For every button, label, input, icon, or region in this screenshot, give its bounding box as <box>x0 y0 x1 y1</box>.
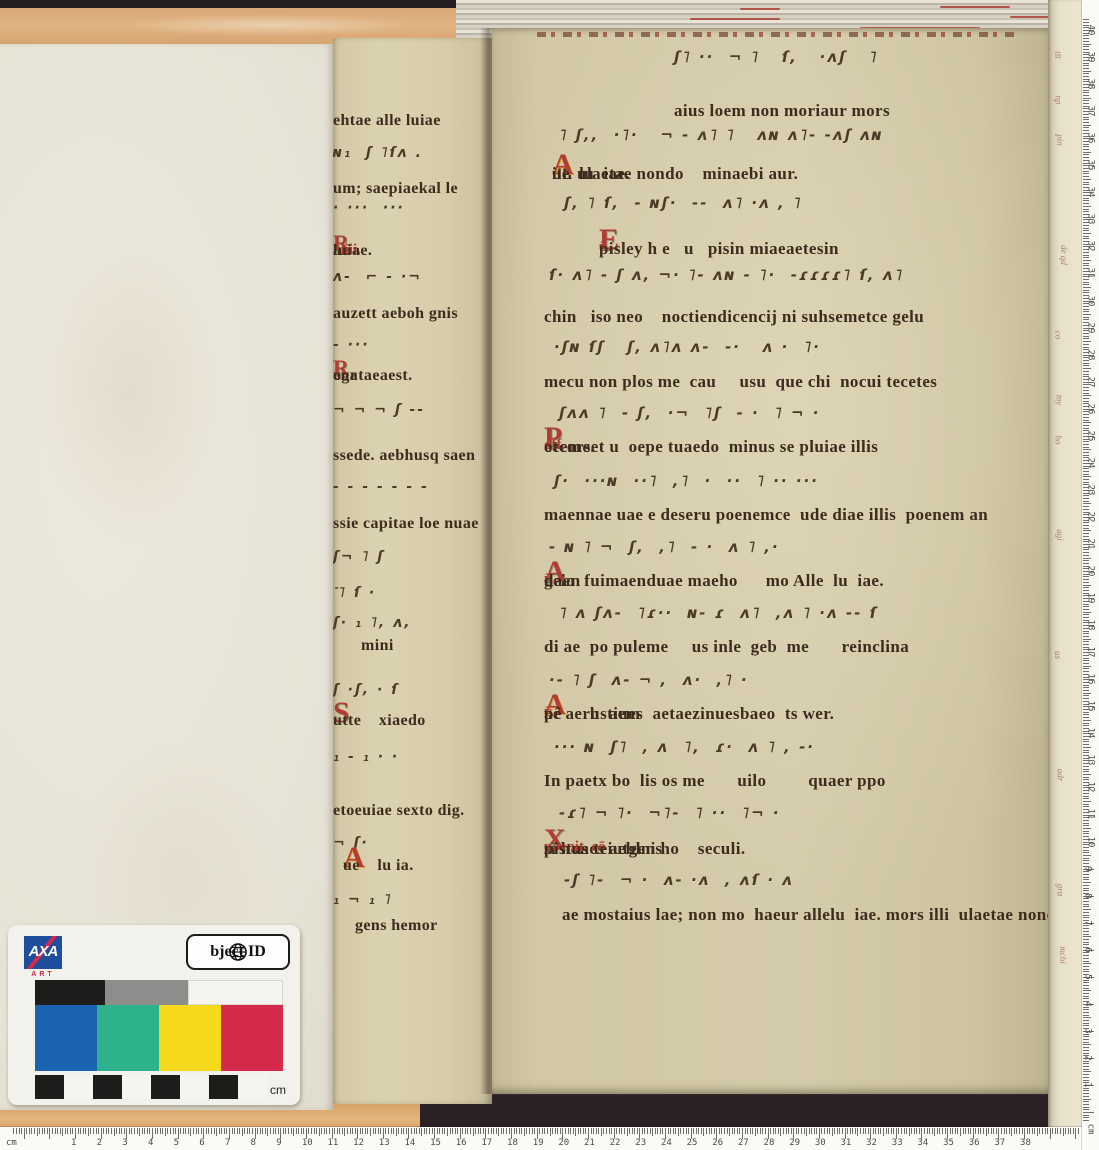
ruler-tick <box>226 1128 227 1134</box>
ruler-tick <box>1083 287 1091 288</box>
manuscript-photo: ehtae alle luiaeɴ₁ ʃ ˥ſʌ .um; saepiaekal… <box>0 0 1099 1150</box>
main-manuscript-page: ʃ˥ ·· ¬ ˥ ſ‚ ·ʌʃ ˥aius loem non moriaur … <box>492 28 1048 1094</box>
ruler-tick <box>1083 833 1089 834</box>
ruler-tick <box>457 1128 458 1134</box>
ruler-tick <box>498 1128 499 1136</box>
ruler-tick <box>1083 644 1089 645</box>
ruler-tick <box>19 1128 20 1134</box>
ruler-tick <box>1083 1017 1091 1018</box>
ruler-tick <box>770 1128 771 1134</box>
ruler-number: 14 <box>404 1138 415 1148</box>
ruler-tick <box>688 1128 689 1134</box>
ruler-tick <box>1001 1128 1002 1134</box>
ruler-tick <box>827 1128 828 1134</box>
ruler-tick <box>1083 850 1089 851</box>
ruler-tick <box>1083 425 1089 426</box>
ruler-tick <box>1083 390 1089 391</box>
ruler-tick <box>701 1128 702 1134</box>
ruler-tick <box>316 1128 317 1134</box>
ruler-tick <box>1083 479 1089 480</box>
ruler-tick <box>49 1128 50 1139</box>
ruler-tick <box>149 1128 150 1134</box>
ruler-tick <box>1083 393 1089 394</box>
ruler-tick <box>1083 182 1089 183</box>
ruler-tick <box>606 1128 607 1134</box>
ruler-tick <box>596 1128 597 1134</box>
ruler-tick <box>1083 658 1089 659</box>
ruler-tick <box>139 1128 140 1136</box>
ruler-number: 3 <box>122 1138 127 1148</box>
ruler-tick <box>539 1128 540 1134</box>
ruler-tick <box>952 1128 953 1134</box>
ruler-number: 25 <box>687 1138 698 1148</box>
ruler-tick <box>732 1128 733 1134</box>
ruler-tick <box>1083 1042 1089 1043</box>
ruler-tick <box>1083 209 1089 210</box>
ruler-tick <box>880 1128 881 1134</box>
ruler-number: 8 <box>1083 893 1093 898</box>
ruler-tick <box>344 1128 345 1136</box>
ruler-number: 24 <box>661 1138 672 1148</box>
checkerboard-scale <box>35 1075 267 1099</box>
ruler-tick <box>1083 555 1089 556</box>
chant-text: chin iso neo noctiendicencij ni suhsemet… <box>544 308 924 325</box>
chant-text: daen <box>544 572 581 589</box>
ruler-tick <box>1083 98 1091 99</box>
ruler-tick <box>1083 495 1089 496</box>
ruler-tick <box>265 1128 266 1134</box>
ruler-tick <box>573 1128 574 1134</box>
ruler-tick <box>1083 122 1089 123</box>
ruler-tick <box>1004 1128 1005 1134</box>
ruler-tick <box>1083 606 1089 607</box>
ruler-number: 2 <box>97 1138 102 1148</box>
system-1-neume-line: ʃ˥ ·· ¬ ˥ ſ‚ ·ʌʃ ˥ <box>674 50 879 65</box>
ruler-tick <box>1083 482 1089 483</box>
ruler-tick <box>1083 825 1089 826</box>
ruler-tick <box>670 1128 671 1134</box>
ruler-tick <box>1083 879 1089 880</box>
ruler-tick <box>1083 471 1089 472</box>
ruler-tick <box>1083 22 1089 23</box>
object-id-color-card: AXA ART bject ID cm <box>8 925 300 1105</box>
ruler-tick <box>1083 1071 1091 1072</box>
ruler-tick <box>1006 1128 1007 1134</box>
ruler-tick <box>970 1128 971 1134</box>
edge-text-fragment: gra <box>1055 884 1065 897</box>
ruler-tick <box>624 1128 625 1134</box>
ruler-tick <box>1047 1128 1048 1134</box>
ruler-tick <box>565 1128 566 1134</box>
edge-text-fragment: my <box>1054 395 1064 406</box>
ruler-tick <box>1083 290 1089 291</box>
ruler-tick <box>1083 904 1089 905</box>
ruler-tick <box>816 1128 817 1134</box>
ruler-tick <box>70 1128 71 1134</box>
ruler-tick <box>526 1128 527 1134</box>
ruler-tick <box>965 1128 966 1134</box>
ruler-tick <box>1083 503 1091 504</box>
ruler-tick <box>683 1128 684 1134</box>
ruler-tick <box>1083 587 1089 588</box>
ruler-tick <box>424 1128 425 1134</box>
ruler-tick <box>67 1128 68 1134</box>
ruler-tick <box>296 1128 297 1134</box>
ruler-tick <box>62 1128 63 1136</box>
ruler-tick <box>385 1128 386 1134</box>
ruler-tick <box>621 1128 622 1134</box>
ruler-tick <box>319 1128 320 1136</box>
ruler-tick <box>675 1128 676 1134</box>
ruler-tick <box>1083 1069 1089 1070</box>
system-2-neume-line: ˥ ʃ‚‚ ·˥· ¬ ‐ ʌ˥ ˥ ʌɴ ʌ˥‐ ‐ʌʃ ʌɴ <box>559 128 883 143</box>
ruler-tick <box>909 1128 910 1136</box>
ruler-tick <box>868 1128 869 1134</box>
ruler-tick <box>232 1128 233 1134</box>
ruler-number: 10 <box>1085 836 1095 847</box>
ruler-number: 22 <box>610 1138 621 1148</box>
ruler-tick <box>1083 901 1089 902</box>
ruler-tick <box>1055 1128 1056 1134</box>
ruler-tick <box>647 1128 648 1134</box>
ruler-tick <box>1083 211 1089 212</box>
ruler-tick <box>1083 363 1089 364</box>
ruler-tick <box>1083 793 1089 794</box>
ruler-tick <box>1083 1023 1089 1024</box>
ruler-tick <box>980 1128 981 1134</box>
ruler-tick <box>493 1128 494 1134</box>
ruler-tick <box>473 1128 474 1136</box>
ruler-tick <box>1050 1128 1051 1139</box>
ruler-tick <box>452 1128 453 1134</box>
ruler-tick <box>88 1128 89 1136</box>
ruler-tick <box>380 1128 381 1134</box>
strip-line-12-neume-line: ‐ ‐ ‐ ‐ ‐ ‐ ‐ <box>333 480 429 494</box>
ruler-tick <box>196 1128 197 1134</box>
ruler-tick <box>1083 279 1089 280</box>
ruler-tick <box>852 1128 853 1134</box>
ruler-tick <box>560 1128 561 1134</box>
ruler-tick <box>201 1128 202 1134</box>
ruler-tick <box>1083 1104 1089 1105</box>
ruler-tick <box>1083 963 1091 964</box>
ruler-tick <box>155 1128 156 1134</box>
ruler-right: 4039383736353433323130292827262524232221… <box>1082 0 1099 1150</box>
ruler-number: 32 <box>866 1138 877 1148</box>
ruler-number: 17 <box>481 1138 492 1148</box>
ruler-tick <box>378 1128 379 1134</box>
edge-text-fragment: ho <box>1054 436 1064 445</box>
ruler-tick <box>1083 874 1089 875</box>
ruler-tick <box>396 1128 397 1136</box>
ruler-tick <box>1083 693 1091 694</box>
system-4-neume-line: ſ· ʌ˥ ‐ ʃ ʌ‚ ¬· ˥‐ ʌɴ ‐ ˥· ‐ɾɾɾɾ˥ ſ‚ ʌ˥ <box>549 268 904 283</box>
ruler-tick <box>601 1128 602 1136</box>
ruler-number: 15 <box>430 1138 441 1148</box>
ruler-tick <box>450 1128 451 1134</box>
ruler-tick <box>1083 958 1089 959</box>
ruler-tick <box>1083 858 1089 859</box>
ruler-tick <box>1083 90 1089 91</box>
chant-text: utte xiaedo <box>333 713 426 729</box>
ruler-tick <box>842 1128 843 1134</box>
ruler-number: 2 <box>1083 1055 1093 1060</box>
ruler-tick <box>60 1128 61 1134</box>
ruler-tick <box>1083 449 1091 450</box>
ruler-tick <box>714 1128 715 1134</box>
ruler-number: 33 <box>892 1138 903 1148</box>
ruler-tick <box>1083 1036 1089 1037</box>
ruler-tick <box>1083 1047 1089 1048</box>
ruler-tick <box>1083 663 1089 664</box>
ruler-tick <box>514 1128 515 1134</box>
ruler-tick <box>678 1128 679 1136</box>
ruler-tick <box>1083 560 1089 561</box>
ruler-number: 20 <box>1085 566 1095 577</box>
ruler-tick <box>491 1128 492 1134</box>
system-8-neume-line: ‐ ɴ ˥ ¬ ʃ‚ ‚˥ ‐ · ʌ ˥ ‚· <box>549 540 780 555</box>
ruler-tick <box>1083 774 1091 775</box>
ruler-tick <box>114 1128 115 1136</box>
strip-line-2-neume-line: ɴ₁ ʃ ˥ſʌ . <box>333 146 423 160</box>
ruler-tick <box>847 1128 848 1134</box>
ruler-tick <box>1083 317 1089 318</box>
ruler-tick <box>906 1128 907 1134</box>
ruler-number: 15 <box>1085 701 1095 712</box>
ruler-tick <box>47 1128 48 1134</box>
strip-line-14-neume-line: ʃ¬ ˥ ʃ <box>333 550 385 564</box>
ruler-tick <box>411 1128 412 1134</box>
ruler-number: 29 <box>789 1138 800 1148</box>
ruler-tick <box>1083 35 1089 36</box>
ruler-tick <box>1083 420 1089 421</box>
ruler-number: 23 <box>1085 484 1095 495</box>
ruler-tick <box>1083 100 1089 101</box>
ruler-tick <box>1083 344 1089 345</box>
ruler-tick <box>129 1128 130 1134</box>
chant-text: auzett aeboh gnis <box>333 306 458 322</box>
strip-text-block: ehtae alle luiaeɴ₁ ʃ ˥ſʌ .um; saepiaekal… <box>333 38 492 1104</box>
card-cm-label: cm <box>270 1083 286 1097</box>
ruler-tick <box>190 1128 191 1136</box>
ruler-tick <box>783 1128 784 1134</box>
ruler-tick <box>1083 741 1089 742</box>
ruler-tick <box>650 1128 651 1134</box>
ruler-tick <box>673 1128 674 1134</box>
ruler-tick <box>1083 152 1091 153</box>
ruler-tick <box>1083 982 1089 983</box>
ruler-tick <box>660 1128 661 1134</box>
ruler-tick <box>80 1128 81 1134</box>
ruler-tick <box>1083 1044 1091 1045</box>
ruler-tick <box>90 1128 91 1134</box>
ruler-tick <box>21 1128 22 1134</box>
page-edge-red-mark <box>690 18 780 20</box>
ruler-tick <box>478 1128 479 1134</box>
ruler-tick <box>1083 1112 1094 1113</box>
ruler-tick <box>1083 723 1089 724</box>
ruler-tick <box>544 1128 545 1134</box>
ruler-tick <box>878 1128 879 1134</box>
strip-line-15-neume-line: ˥˥ ſ · <box>333 586 376 600</box>
ruler-tick <box>1032 1128 1033 1134</box>
ruler-tick <box>755 1128 756 1136</box>
system-10-neume-line: ·‐ ˥ ʃ ʌ‐ ¬ ‚ ʌ· ‚˥ · <box>549 673 749 688</box>
ruler-tick <box>1083 314 1091 315</box>
ruler-tick <box>709 1128 710 1134</box>
ruler-tick <box>1083 63 1089 64</box>
ruler-tick <box>342 1128 343 1134</box>
ruler-tick <box>1083 890 1089 891</box>
ruler-tick <box>1083 752 1089 753</box>
ruler-tick <box>1083 720 1091 721</box>
ruler-number: 24 <box>1085 457 1095 468</box>
tonal-patch <box>35 980 105 1005</box>
ruler-tick <box>583 1128 584 1134</box>
ruler-tick <box>103 1128 104 1134</box>
ruler-number: 9 <box>1083 866 1093 871</box>
ruler-tick <box>1083 46 1089 47</box>
chant-text: ssede. aebhusq saen <box>333 448 475 464</box>
ruler-tick <box>375 1128 376 1134</box>
ruler-tick <box>739 1128 740 1134</box>
ruler-tick <box>773 1128 774 1134</box>
ruler-tick <box>1083 528 1089 529</box>
ruler-tick <box>185 1128 186 1134</box>
ruler-tick <box>496 1128 497 1134</box>
ruler-tick <box>347 1128 348 1134</box>
ruler-number: 13 <box>1085 755 1095 766</box>
ruler-tick <box>1083 509 1089 510</box>
ruler-tick <box>1083 1117 1089 1118</box>
ruler-tick <box>52 1128 53 1134</box>
ruler-tick <box>198 1128 199 1134</box>
ruler-tick <box>693 1128 694 1134</box>
ruler-tick <box>429 1128 430 1134</box>
system-3-neume-line: ʃ‚ ˥ ſ‚ ‐ ɴʃ· ‐‐ ʌ˥ ·ʌ ‚ ˥ <box>564 196 803 211</box>
chant-text: ue lu iae. <box>552 165 630 182</box>
ruler-number: 1 <box>71 1138 76 1148</box>
ruler-number: 29 <box>1085 322 1095 333</box>
ruler-tick <box>893 1128 894 1134</box>
ruler-tick <box>609 1128 610 1134</box>
ruler-tick <box>1083 374 1089 375</box>
ruler-tick <box>929 1128 930 1134</box>
ruler-tick <box>1022 1128 1023 1134</box>
ruler-tick <box>939 1128 940 1134</box>
ruler-tick <box>1083 641 1089 642</box>
manuscript-strip-leaf: ehtae alle luiaeɴ₁ ʃ ˥ſʌ .um; saepiaekal… <box>333 38 492 1104</box>
ruler-tick <box>467 1128 468 1134</box>
ruler-tick <box>916 1128 917 1134</box>
ruler-tick <box>760 1128 761 1134</box>
ruler-tick <box>1083 725 1089 726</box>
ruler-number: 30 <box>1085 295 1095 306</box>
ruler-tick <box>1083 909 1091 910</box>
ruler-tick <box>1083 319 1089 320</box>
ruler-tick <box>224 1128 225 1134</box>
ruler-tick <box>824 1128 825 1134</box>
ruler-tick <box>1083 590 1089 591</box>
ruler-tick <box>173 1128 174 1134</box>
ruler-tick <box>1083 666 1091 667</box>
ruler-tick <box>1075 1128 1076 1139</box>
ruler-tick <box>1039 1128 1040 1134</box>
ruler-tick <box>686 1128 687 1134</box>
ruler-tick <box>1083 690 1089 691</box>
ruler-tick <box>1083 1101 1089 1102</box>
ruler-tick <box>1083 19 1089 20</box>
ruler-tick <box>470 1128 471 1134</box>
ruler-tick <box>1083 311 1089 312</box>
ruler-tick <box>275 1128 276 1134</box>
ruler-tick <box>1083 961 1089 962</box>
ruler-tick <box>419 1128 420 1134</box>
ruler-tick <box>72 1128 73 1134</box>
ruler-number: 27 <box>738 1138 749 1148</box>
ruler-tick <box>96 1128 97 1134</box>
ruler-tick <box>950 1128 951 1134</box>
ruler-tick <box>442 1128 443 1134</box>
ruler-tick <box>455 1128 456 1134</box>
ruler-tick <box>1083 969 1089 970</box>
ruler-tick <box>1083 173 1089 174</box>
ruler-tick <box>542 1128 543 1134</box>
ruler-tick <box>1083 257 1089 258</box>
ruler-tick <box>1083 1012 1089 1013</box>
ruler-number: 11 <box>1085 809 1095 820</box>
ruler-tick <box>1083 447 1089 448</box>
ruler-tick <box>555 1128 556 1134</box>
axa-logo: AXA <box>24 936 62 969</box>
ruler-tick <box>1083 347 1089 348</box>
ruler-number: 27 <box>1085 376 1095 387</box>
ruler-tick <box>888 1128 889 1134</box>
ruler-number: 3 <box>1083 1028 1093 1033</box>
ruler-tick <box>968 1128 969 1134</box>
ruler-tick <box>1083 912 1089 913</box>
ruler-tick <box>1073 1128 1074 1134</box>
ruler-tick <box>1083 939 1089 940</box>
axa-label: AXA <box>24 943 62 960</box>
ruler-tick <box>747 1128 748 1134</box>
ruler-tick <box>1083 1015 1089 1016</box>
edge-text-fragment: mchi <box>1058 946 1068 964</box>
ruler-tick <box>360 1128 361 1134</box>
ruler-tick <box>1083 1025 1089 1026</box>
ruler-tick <box>1083 476 1091 477</box>
ruler-tick <box>1083 823 1089 824</box>
ruler-tick <box>519 1128 520 1134</box>
ruler-tick <box>1083 993 1089 994</box>
chant-text: mecu non plos me cau usu que chi nocui t… <box>544 373 937 390</box>
ruler-tick <box>1083 695 1089 696</box>
ruler-tick <box>1083 144 1089 145</box>
ruler-tick <box>298 1128 299 1134</box>
ruler-tick <box>334 1128 335 1134</box>
ruler-tick <box>1078 1128 1079 1134</box>
color-patch <box>221 1005 283 1071</box>
ruler-tick <box>1083 771 1089 772</box>
ruler-tick <box>24 1128 25 1139</box>
ruler-number: 5 <box>1083 974 1093 979</box>
ruler-tick <box>121 1128 122 1134</box>
ruler-number: 35 <box>943 1138 954 1148</box>
ruler-tick <box>1083 68 1089 69</box>
ruler-tick <box>170 1128 171 1134</box>
ruler-tick <box>703 1128 704 1136</box>
ruler-tick <box>1083 828 1091 829</box>
